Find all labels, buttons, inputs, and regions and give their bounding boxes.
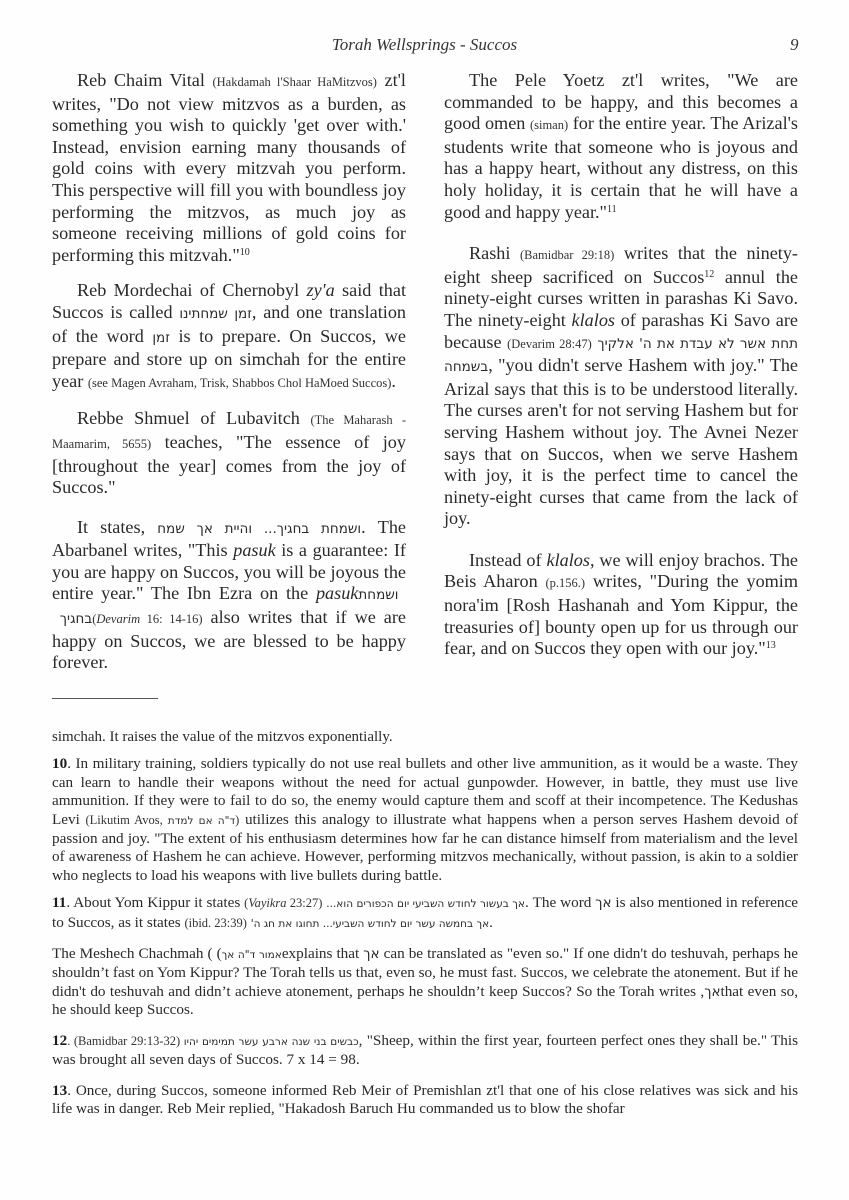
hebrew-text: זמן שמחתינו [179,306,252,322]
source-citation: (see Magen Avraham, Trisk, Shabbos Chol … [88,376,392,390]
footnote-11: 11. About Yom Kippur it states (Vayikra … [52,894,798,933]
footnote-continuation: simchah. It raises the value of the mitz… [52,728,798,746]
left-column: Reb Chaim Vital (Hakdamah l'Shaar HaMitz… [52,70,406,688]
paragraph-beis-aharon: Instead of klalos, we will enjoy brachos… [444,550,798,660]
hebrew-text: ושמחת בחגיך... והיית אך שמח [157,521,361,537]
source-citation: (Bamidbar 29:18) [520,248,614,262]
right-column: The Pele Yoetz zt'l writes, "We are comm… [444,70,798,674]
footnote-separator [52,698,158,699]
hebrew-text: ד"ה אם למדת [168,815,235,827]
footnote-number: 11 [52,894,66,911]
hebrew-text: אך [595,895,611,911]
footnote-number: 10 [52,755,67,772]
hebrew-text: אך בעשור לחודש השביעי יום הכפורים הוא... [326,898,525,910]
footnote-number: 12 [52,1032,67,1049]
paragraph-pele-yoetz: The Pele Yoetz zt'l writes, "We are comm… [444,70,798,223]
paragraph-chaim-vital: Reb Chaim Vital (Hakdamah l'Shaar HaMitz… [52,70,406,266]
footnote-13: 13. Once, during Succos, someone informe… [52,1082,798,1119]
hebrew-text: כבשים בני שנה ארבע עשר תמימים יהיו [184,1036,359,1048]
paragraph-abarbanel: It states, ושמחת בחגיך... והיית אך שמח. … [52,517,406,674]
paragraph-rashi: Rashi (Bamidbar 29:18) writes that the n… [444,243,798,530]
source-citation: (Likutim Avos, ד"ה אם למדת) [85,813,239,827]
page-number: 9 [790,35,799,55]
footnotes-section: simchah. It raises the value of the mitz… [52,728,798,1127]
running-title: Torah Wellsprings - Succos [0,35,849,55]
hebrew-text: אך בחמשה עשר יום לחודש השביעי... תחוגו א… [251,918,489,930]
hebrew-text: אך [704,984,720,1000]
footnote-12: 12. (Bamidbar 29:13-32) כבשים בני שנה אר… [52,1032,798,1070]
source-citation: (Vayikra 23:27) [244,896,322,910]
footnote-ref-11[interactable]: 11 [607,204,617,215]
footnote-10: 10. In military training, soldiers typic… [52,755,798,885]
paragraph-shmuel-lubavitch: Rebbe Shmuel of Lubavitch (The Maharash … [52,408,406,498]
hebrew-text: זמן [152,330,170,346]
source-citation: (Devarim 16: 14-16) [92,612,202,626]
footnote-ref-13[interactable]: 13 [766,640,776,651]
source-citation: (siman) [530,118,568,132]
footnote-ref-12[interactable]: 12 [704,269,714,280]
source-citation: (ibid. 23:39) [184,916,247,930]
hebrew-text: אך [363,946,379,962]
footnote-11-continued: The Meshech Chachmah ( (אמור ד"ה אךexpla… [52,945,798,1020]
document-page: Torah Wellsprings - Succos 9 Reb Chaim V… [0,0,849,1200]
footnote-ref-10[interactable]: 10 [240,247,250,258]
source-citation: . (Bamidbar 29:13-32) [67,1034,184,1048]
source-citation: (Devarim 28:47) [507,337,592,351]
source-citation: (p.156.) [546,576,586,590]
paragraph-mordechai-chernobyl: Reb Mordechai of Chernobyl zy'a said tha… [52,280,406,394]
hebrew-text: אמור ד"ה אך [222,949,282,961]
source-citation: (Hakdamah l'Shaar HaMitzvos) [212,75,377,89]
footnote-number: 13 [52,1082,67,1099]
